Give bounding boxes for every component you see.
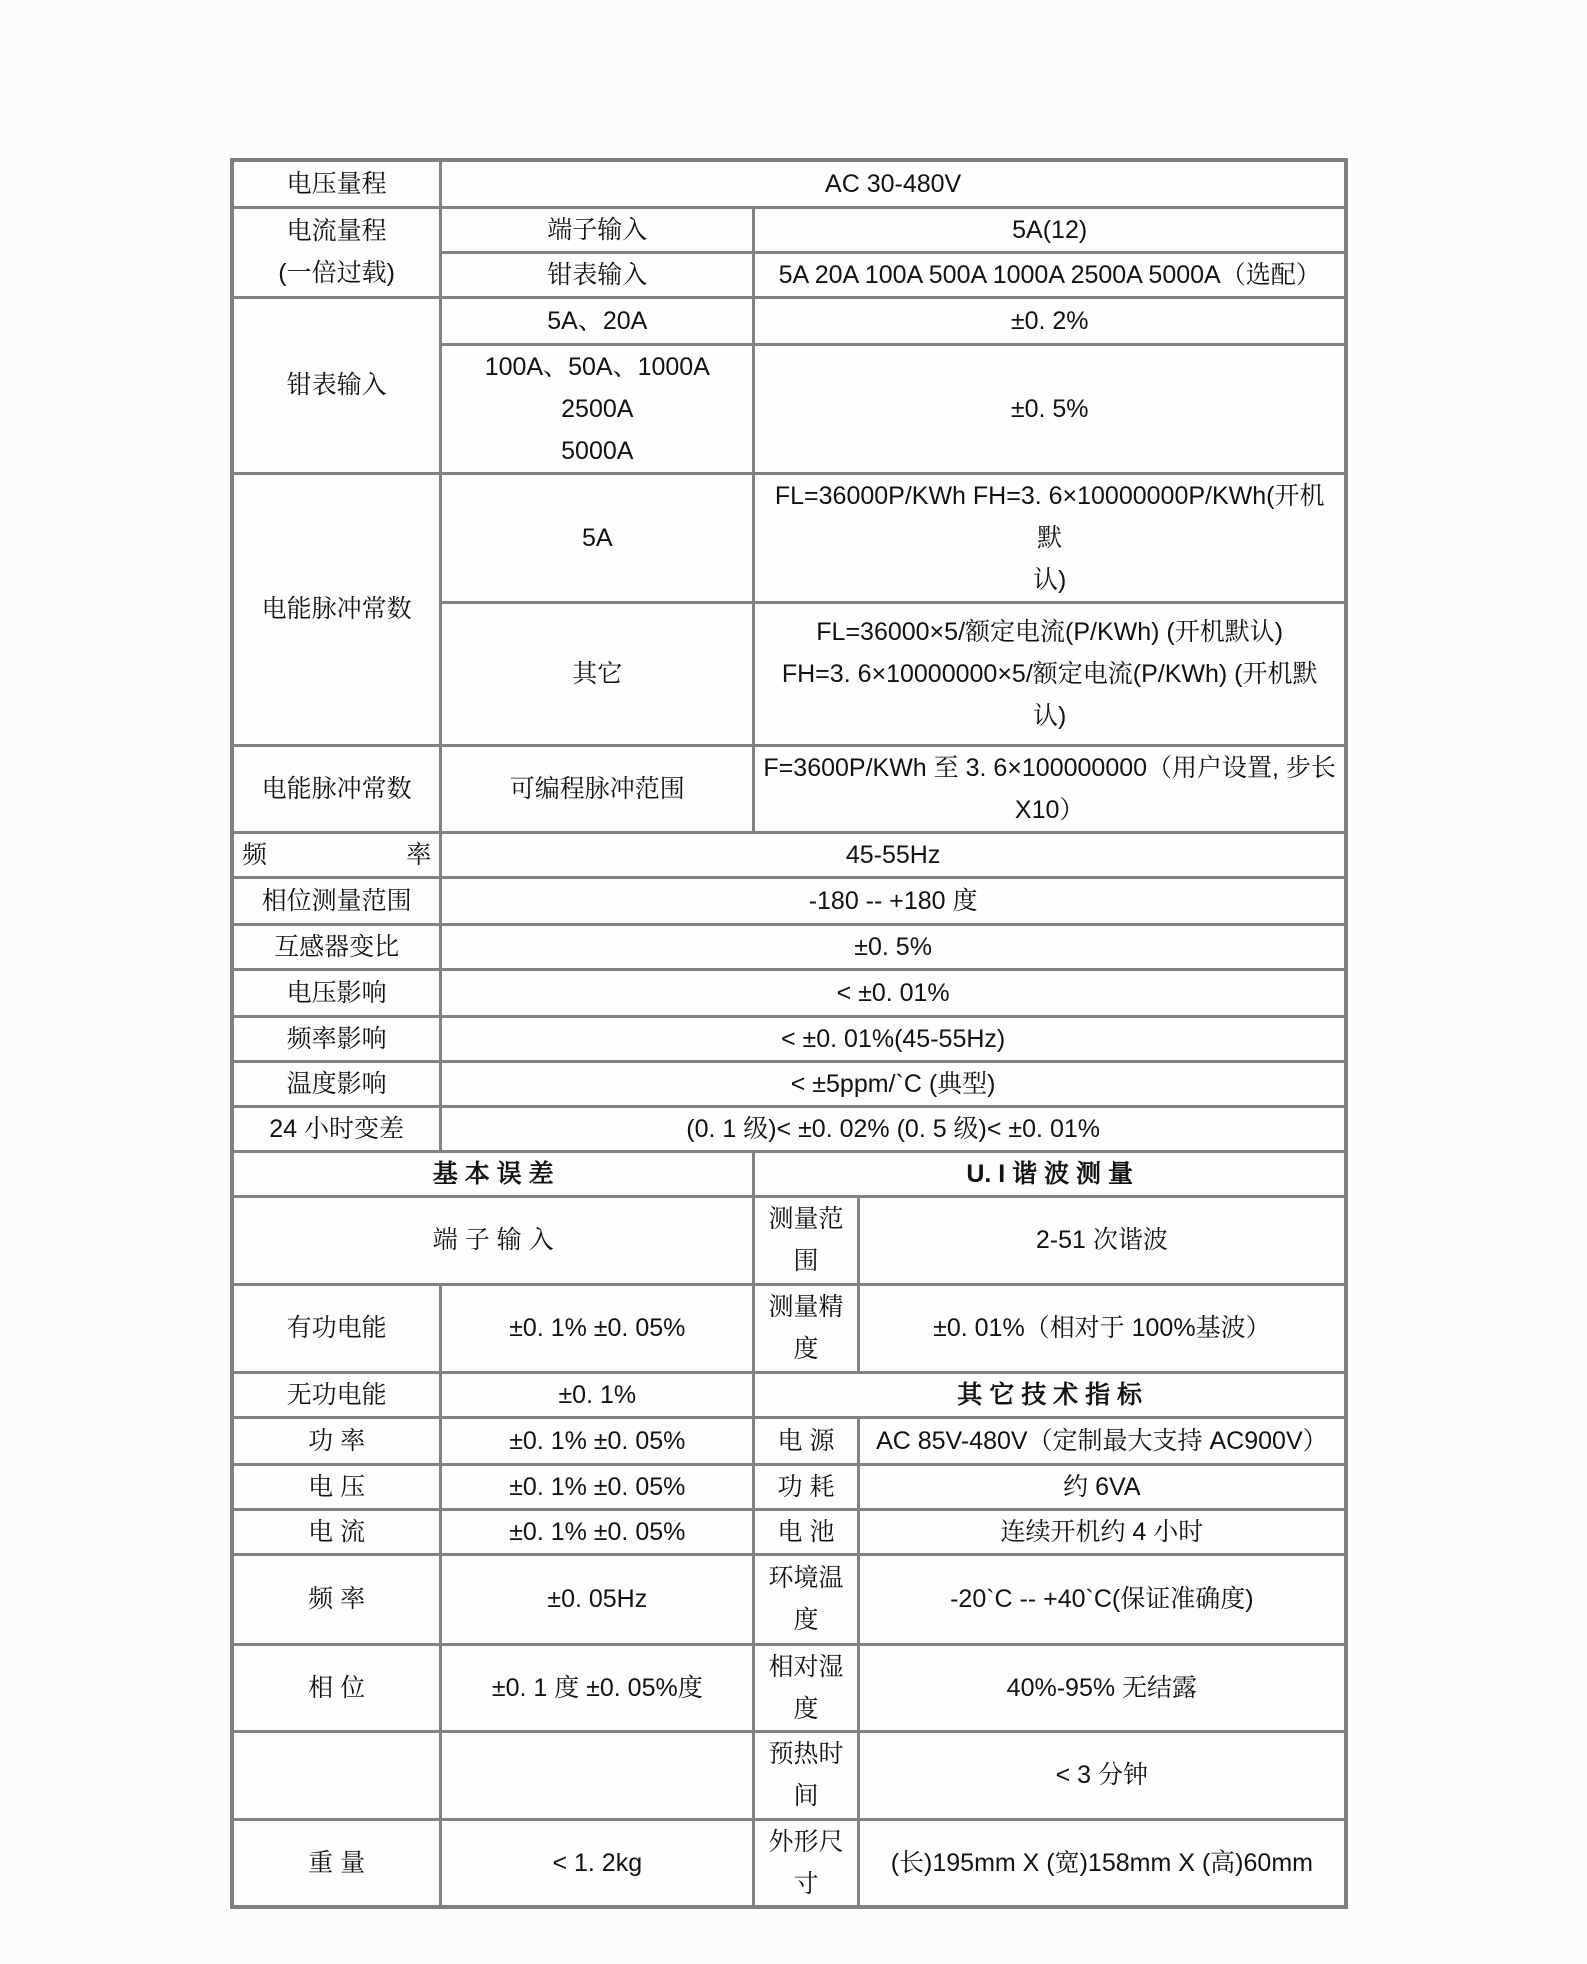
- battery-label: 电 池: [754, 1509, 858, 1554]
- row-weight: 重 量 < 1. 2kg 外形尺寸 (长)195mm X (宽)158mm X …: [232, 1819, 1346, 1907]
- temp-effect-value: < ±5ppm/`C (典型): [441, 1061, 1346, 1106]
- row-voltage-range: 电压量程 AC 30-480V: [232, 160, 1346, 207]
- pulse-other-value-line2: FH=3. 6×10000000×5/额定电流(P/KWh) (开机默: [763, 653, 1336, 695]
- active-energy-label: 有功电能: [232, 1284, 441, 1372]
- row-active-energy: 有功电能 ±0. 1% ±0. 05% 测量精度 ±0. 01%（相对于 100…: [232, 1284, 1346, 1372]
- basic-error-header: 基 本 误 差: [232, 1151, 754, 1196]
- supply-value: AC 85V-480V（定制最大支持 AC900V）: [858, 1417, 1346, 1464]
- freq-acc-value: ±0. 05Hz: [441, 1554, 754, 1644]
- harmonic-range-value: 2-51 次谐波: [858, 1196, 1346, 1284]
- voltage-acc-label: 电 压: [232, 1464, 441, 1509]
- phase-range-label: 相位测量范围: [232, 877, 441, 924]
- freq-acc-label: 频 率: [232, 1554, 441, 1644]
- clamp-range-1-value: ±0. 2%: [754, 297, 1346, 344]
- row-voltage-effect: 电压影响 < ±0. 01%: [232, 969, 1346, 1016]
- spec-table: 电压量程 AC 30-480V 电流量程 (一倍过载) 端子输入 5A(12) …: [230, 158, 1348, 1909]
- voltage-range-label: 电压量程: [232, 160, 441, 207]
- power-value: ±0. 1% ±0. 05%: [441, 1417, 754, 1464]
- current-acc-value: ±0. 1% ±0. 05%: [441, 1509, 754, 1554]
- row-freq-accuracy: 频 率 ±0. 05Hz 环境温度 -20`C -- +40`C(保证准确度): [232, 1554, 1346, 1644]
- voltage-acc-value: ±0. 1% ±0. 05%: [441, 1464, 754, 1509]
- dimensions-value: (长)195mm X (宽)158mm X (高)60mm: [858, 1819, 1346, 1907]
- ambient-temp-label: 环境温度: [754, 1554, 858, 1644]
- pulse-other-value-line1: FL=36000×5/额定电流(P/KWh) (开机默认): [763, 611, 1336, 653]
- row-programmable-pulse: 电能脉冲常数 可编程脉冲范围 F=3600P/KWh 至 3. 6×100000…: [232, 745, 1346, 832]
- voltage-effect-value: < ±0. 01%: [441, 969, 1346, 1016]
- row-current-accuracy: 电 流 ±0. 1% ±0. 05% 电 池 连续开机约 4 小时: [232, 1509, 1346, 1554]
- harmonic-precision-label: 测量精度: [754, 1284, 858, 1372]
- warmup-left-value: [441, 1731, 754, 1819]
- current-range-label: 电流量程 (一倍过载): [232, 207, 441, 297]
- programmable-value: F=3600P/KWh 至 3. 6×100000000（用户设置, 步长 X1…: [754, 745, 1346, 832]
- clamp-range-2-label-line2: 5000A: [450, 430, 744, 472]
- row-reactive-energy: 无功电能 ±0. 1% 其 它 技 术 指 标: [232, 1372, 1346, 1417]
- current-range-label-line2: (一倍过载): [242, 252, 431, 294]
- phase-acc-label: 相 位: [232, 1644, 441, 1731]
- row-ct-ratio: 互感器变比 ±0. 5%: [232, 924, 1346, 969]
- clamp-input-label: 钳表输入: [441, 252, 754, 297]
- pulse-other-value-line3: 认): [763, 695, 1336, 737]
- active-energy-value: ±0. 1% ±0. 05%: [441, 1284, 754, 1372]
- programmable-sub-label: 可编程脉冲范围: [441, 745, 754, 832]
- row-clamp-accuracy-1: 钳表输入 5A、20A ±0. 2%: [232, 297, 1346, 344]
- variation-24h-value: (0. 1 级)< ±0. 02% (0. 5 级)< ±0. 01%: [441, 1106, 1346, 1151]
- clamp-section-label: 钳表输入: [232, 297, 441, 473]
- warmup-left-label: [232, 1731, 441, 1819]
- row-voltage-accuracy: 电 压 ±0. 1% ±0. 05% 功 耗 约 6VA: [232, 1464, 1346, 1509]
- ct-ratio-value: ±0. 5%: [441, 924, 1346, 969]
- voltage-range-value: AC 30-480V: [441, 160, 1346, 207]
- row-terminal-input: 端 子 输 入 测量范围 2-51 次谐波: [232, 1196, 1346, 1284]
- consumption-label: 功 耗: [754, 1464, 858, 1509]
- row-power: 功 率 ±0. 1% ±0. 05% 电 源 AC 85V-480V（定制最大支…: [232, 1417, 1346, 1464]
- variation-24h-label: 24 小时变差: [232, 1106, 441, 1151]
- ambient-temp-value: -20`C -- +40`C(保证准确度): [858, 1554, 1346, 1644]
- clamp-range-2-value: ±0. 5%: [754, 344, 1346, 473]
- row-frequency: 频 率 45-55Hz: [232, 832, 1346, 877]
- clamp-range-2-label: 100A、50A、1000A 2500A 5000A: [441, 344, 754, 473]
- pulse-5a-label: 5A: [441, 473, 754, 602]
- programmable-value-line2: X10）: [763, 789, 1336, 831]
- row-phase-range: 相位测量范围 -180 -- +180 度: [232, 877, 1346, 924]
- supply-label: 电 源: [754, 1417, 858, 1464]
- clamp-range-2-label-line1: 100A、50A、1000A 2500A: [450, 346, 744, 430]
- clamp-range-1-label: 5A、20A: [441, 297, 754, 344]
- battery-value: 连续开机约 4 小时: [858, 1509, 1346, 1554]
- warmup-value: < 3 分钟: [858, 1731, 1346, 1819]
- harmonic-range-label: 测量范围: [754, 1196, 858, 1284]
- freq-effect-label: 频率影响: [232, 1016, 441, 1061]
- pulse-5a-value-line2: 认): [763, 559, 1336, 601]
- power-label: 功 率: [232, 1417, 441, 1464]
- current-acc-label: 电 流: [232, 1509, 441, 1554]
- temp-effect-label: 温度影响: [232, 1061, 441, 1106]
- pulse-other-label: 其它: [441, 602, 754, 745]
- frequency-label: 频 率: [232, 832, 441, 877]
- programmable-value-line1: F=3600P/KWh 至 3. 6×100000000（用户设置, 步长: [763, 747, 1336, 789]
- terminal-input-label: 端子输入: [441, 207, 754, 252]
- row-freq-effect: 频率影响 < ±0. 01%(45-55Hz): [232, 1016, 1346, 1061]
- weight-value: < 1. 2kg: [441, 1819, 754, 1907]
- pulse-constant-label: 电能脉冲常数: [232, 473, 441, 745]
- other-tech-header: 其 它 技 术 指 标: [754, 1372, 1346, 1417]
- current-range-label-line1: 电流量程: [242, 210, 431, 252]
- warmup-label: 预热时间: [754, 1731, 858, 1819]
- row-current-range-terminal: 电流量程 (一倍过载) 端子输入 5A(12): [232, 207, 1346, 252]
- row-temp-effect: 温度影响 < ±5ppm/`C (典型): [232, 1061, 1346, 1106]
- ct-ratio-label: 互感器变比: [232, 924, 441, 969]
- frequency-value: 45-55Hz: [441, 832, 1346, 877]
- reactive-energy-label: 无功电能: [232, 1372, 441, 1417]
- phase-acc-value: ±0. 1 度 ±0. 05%度: [441, 1644, 754, 1731]
- row-warmup: 预热时间 < 3 分钟: [232, 1731, 1346, 1819]
- dimensions-label: 外形尺寸: [754, 1819, 858, 1907]
- row-phase-accuracy: 相 位 ±0. 1 度 ±0. 05%度 相对湿度 40%-95% 无结露: [232, 1644, 1346, 1731]
- humidity-label: 相对湿度: [754, 1644, 858, 1731]
- terminal-input-value: 5A(12): [754, 207, 1346, 252]
- pulse-5a-value-line1: FL=36000P/KWh FH=3. 6×10000000P/KWh(开机默: [763, 475, 1336, 559]
- harmonic-precision-value: ±0. 01%（相对于 100%基波）: [858, 1284, 1346, 1372]
- clamp-input-value: 5A 20A 100A 500A 1000A 2500A 5000A（选配）: [754, 252, 1346, 297]
- row-pulse-constant-5a: 电能脉冲常数 5A FL=36000P/KWh FH=3. 6×10000000…: [232, 473, 1346, 602]
- reactive-energy-value: ±0. 1%: [441, 1372, 754, 1417]
- pulse-5a-value: FL=36000P/KWh FH=3. 6×10000000P/KWh(开机默 …: [754, 473, 1346, 602]
- harmonic-header: U. I 谐 波 测 量: [754, 1151, 1346, 1196]
- phase-range-value: -180 -- +180 度: [441, 877, 1346, 924]
- weight-label: 重 量: [232, 1819, 441, 1907]
- row-section-headers: 基 本 误 差 U. I 谐 波 测 量: [232, 1151, 1346, 1196]
- humidity-value: 40%-95% 无结露: [858, 1644, 1346, 1731]
- row-24h-variation: 24 小时变差 (0. 1 级)< ±0. 02% (0. 5 级)< ±0. …: [232, 1106, 1346, 1151]
- voltage-effect-label: 电压影响: [232, 969, 441, 1016]
- consumption-value: 约 6VA: [858, 1464, 1346, 1509]
- freq-effect-value: < ±0. 01%(45-55Hz): [441, 1016, 1346, 1061]
- terminal-input-section-label: 端 子 输 入: [232, 1196, 754, 1284]
- programmable-label: 电能脉冲常数: [232, 745, 441, 832]
- pulse-other-value: FL=36000×5/额定电流(P/KWh) (开机默认) FH=3. 6×10…: [754, 602, 1346, 745]
- document-page: 电压量程 AC 30-480V 电流量程 (一倍过载) 端子输入 5A(12) …: [0, 0, 1587, 1964]
